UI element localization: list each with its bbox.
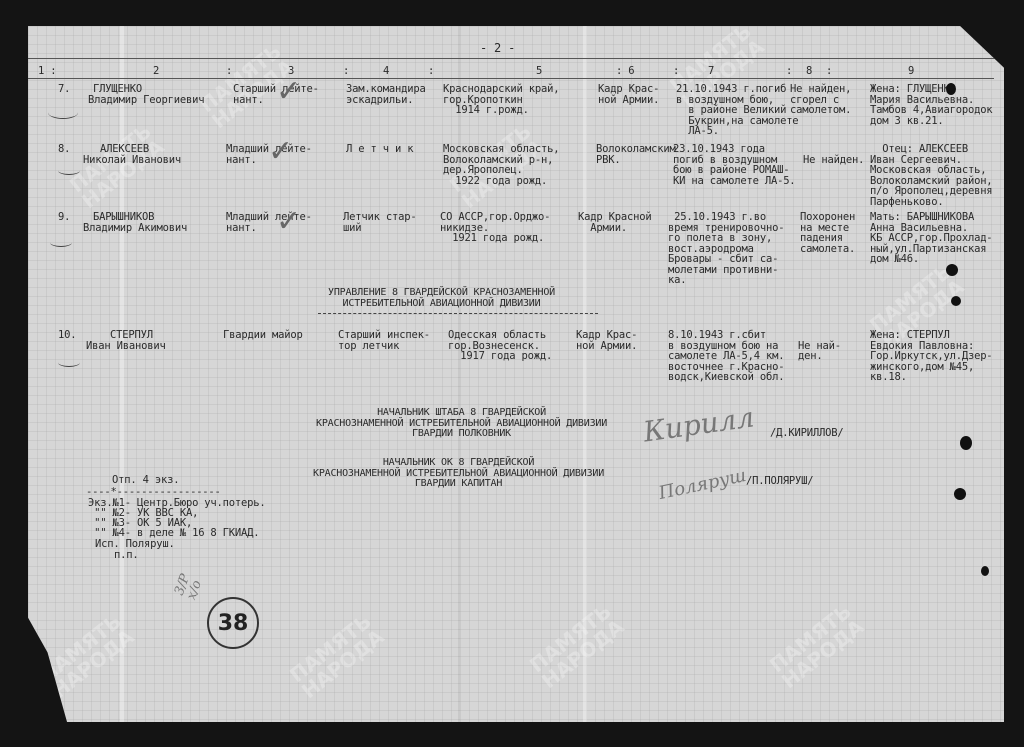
row-birthplace: Московская область, Волоколамский р-н, д… (443, 144, 559, 186)
table-header-rule (28, 78, 994, 79)
row-burial: Похоронен на месте падения самолета. (800, 212, 855, 254)
column-separator: : (826, 66, 832, 77)
column-header-4: 4 (383, 66, 389, 77)
section-divider (318, 313, 598, 315)
row-given-names: Владимир Акимович (83, 223, 187, 234)
punch-hole (954, 488, 966, 500)
distribution-header: Отп. 4 экз. (112, 475, 179, 486)
page-number: - 2 - (480, 43, 515, 54)
row-given-names: Владимир Георгиевич (88, 95, 204, 106)
signer-name: /П.ПОЛЯРУШ/ (746, 476, 813, 487)
distribution-divider: ----*----------------- (86, 487, 221, 498)
punch-hole (946, 264, 958, 276)
check-mark-icon: ✓ (276, 204, 301, 239)
row-number: 10. (58, 330, 76, 341)
row-surname: БАРЫШНИКОВ (93, 212, 154, 223)
row-number: 9. (58, 212, 70, 223)
row-position: Старший инспек- тор летчик (338, 330, 430, 351)
distribution-line: "" №4- в деле № 16 8 ГКИАД. (88, 528, 259, 539)
check-mark-icon: ✓ (268, 134, 293, 169)
punch-hole (960, 436, 972, 450)
row-conscripted: Кадр Крас- ной Армии. (576, 330, 637, 351)
punch-hole (981, 566, 989, 576)
row-burial: Не найден, сгорел с самолетом. (790, 84, 851, 116)
row-conscripted: Кадр Крас- ной Армии. (598, 84, 659, 105)
row-relatives: Отец: АЛЕКСЕЕВ Иван Сергеевич. Московска… (870, 144, 992, 207)
fold-line (458, 26, 460, 722)
row-surname: ГЛУЩЕНКО (93, 84, 142, 95)
row-given-names: Иван Иванович (86, 341, 166, 352)
section-heading: УПРАВЛЕНИЕ 8 ГВАРДЕЙСКОЙ КРАСНОЗАМЕННОЙ … (328, 288, 555, 309)
document-page: ПАМЯТЬ НАРОДА ПАМЯТЬ НАРОДА ПАМЯТЬ НАРОД… (28, 26, 1004, 722)
row-birthplace: Краснодарский край, гор.Кропоткин 1914 г… (443, 84, 559, 116)
column-separator: : (786, 66, 792, 77)
watermark: ПАМЯТЬ НАРОДА (526, 600, 627, 691)
column-separator: : (673, 66, 679, 77)
row-surname: СТЕРПУЛ (110, 330, 153, 341)
row-circumstances: 21.10.1943 г.погиб в воздушном бою, в ра… (676, 84, 798, 137)
row-position: Л е т ч и к (346, 144, 413, 155)
pencil-mark (50, 238, 72, 247)
check-mark-icon: ✓ (276, 74, 301, 109)
margin-note: 3/Р x/о (173, 572, 205, 601)
row-circumstances: 23.10.1943 года погиб в воздушном бою в … (673, 144, 795, 186)
row-number: 7. (58, 84, 70, 95)
column-separator: : (428, 66, 434, 77)
row-conscripted: Волоколамским РВК. (596, 144, 676, 165)
column-header-9: 9 (908, 66, 914, 77)
signer-name: /Д.КИРИЛЛОВ/ (770, 428, 843, 439)
row-conscripted: Кадр Красной Армии. (578, 212, 651, 233)
row-relatives: Мать: БАРЫШНИКОВА Анна Васильевна. КБ АС… (870, 212, 992, 265)
executor-name: Исп. Поляруш. (95, 539, 175, 550)
row-relatives: Жена: ГЛУЩЕНКО Мария Васильевна. Тамбов … (870, 84, 992, 126)
pencil-mark (48, 106, 78, 119)
row-position: Зам.командира эскадрильи. (346, 84, 426, 105)
column-separator: : (343, 66, 349, 77)
row-surname: АЛЕКСЕЕВ (100, 144, 149, 155)
signature-title-personnel-chief: НАЧАЛЬНИК ОК 8 ГВАРДЕЙСКОЙ КРАСНОЗНАМЕНН… (313, 458, 604, 490)
row-burial: Не най- ден. (798, 330, 841, 362)
column-header-7: 7 (708, 66, 714, 77)
row-birthplace: Одесская область гор.Вознесенск. 1917 го… (448, 330, 552, 362)
pencil-mark (58, 166, 80, 175)
column-header-6: : 6 (616, 66, 634, 77)
table-top-rule (28, 58, 1004, 59)
row-number: 8. (58, 144, 70, 155)
archive-stamp: 38 (207, 597, 259, 649)
watermark: ПАМЯТЬ НАРОДА (286, 610, 387, 701)
handwritten-signature: Поляруш (657, 465, 748, 504)
pencil-mark (58, 358, 80, 367)
row-circumstances: 8.10.1943 г.сбит в воздушном бою на само… (668, 330, 784, 383)
row-rank: Гвардии майор (223, 330, 303, 341)
column-separator: : (226, 66, 232, 77)
signature-title-chief-of-staff: НАЧАЛЬНИК ШТАБА 8 ГВАРДЕЙСКОЙ КРАСНОЗНАМ… (316, 408, 607, 440)
watermark: ПАМЯТЬ НАРОДА (66, 120, 167, 211)
row-birthplace: СО АССР,гор.Орджо- никидзе. 1921 года ро… (440, 212, 550, 244)
handwritten-signature: Кирилл (641, 400, 756, 448)
punch-hole (946, 83, 956, 95)
row-given-names: Николай Иванович (83, 155, 181, 166)
column-header-2: 2 (153, 66, 159, 77)
row-position: Летчик стар- ший (343, 212, 416, 233)
column-header-1: 1 : (38, 66, 56, 77)
row-burial: Не найден. (803, 144, 864, 165)
fold-line (120, 26, 124, 722)
printed-mark: п.п. (114, 550, 139, 561)
punch-hole (951, 296, 961, 306)
row-circumstances: 25.10.1943 г.во время тренировочно- го п… (668, 212, 784, 286)
row-relatives: Жена: СТЕРПУЛ Евдокия Павловна: Гор.Ирку… (870, 330, 992, 383)
column-header-5: 5 (536, 66, 542, 77)
watermark: ПАМЯТЬ НАРОДА (766, 600, 867, 691)
column-header-8: 8 (806, 66, 812, 77)
